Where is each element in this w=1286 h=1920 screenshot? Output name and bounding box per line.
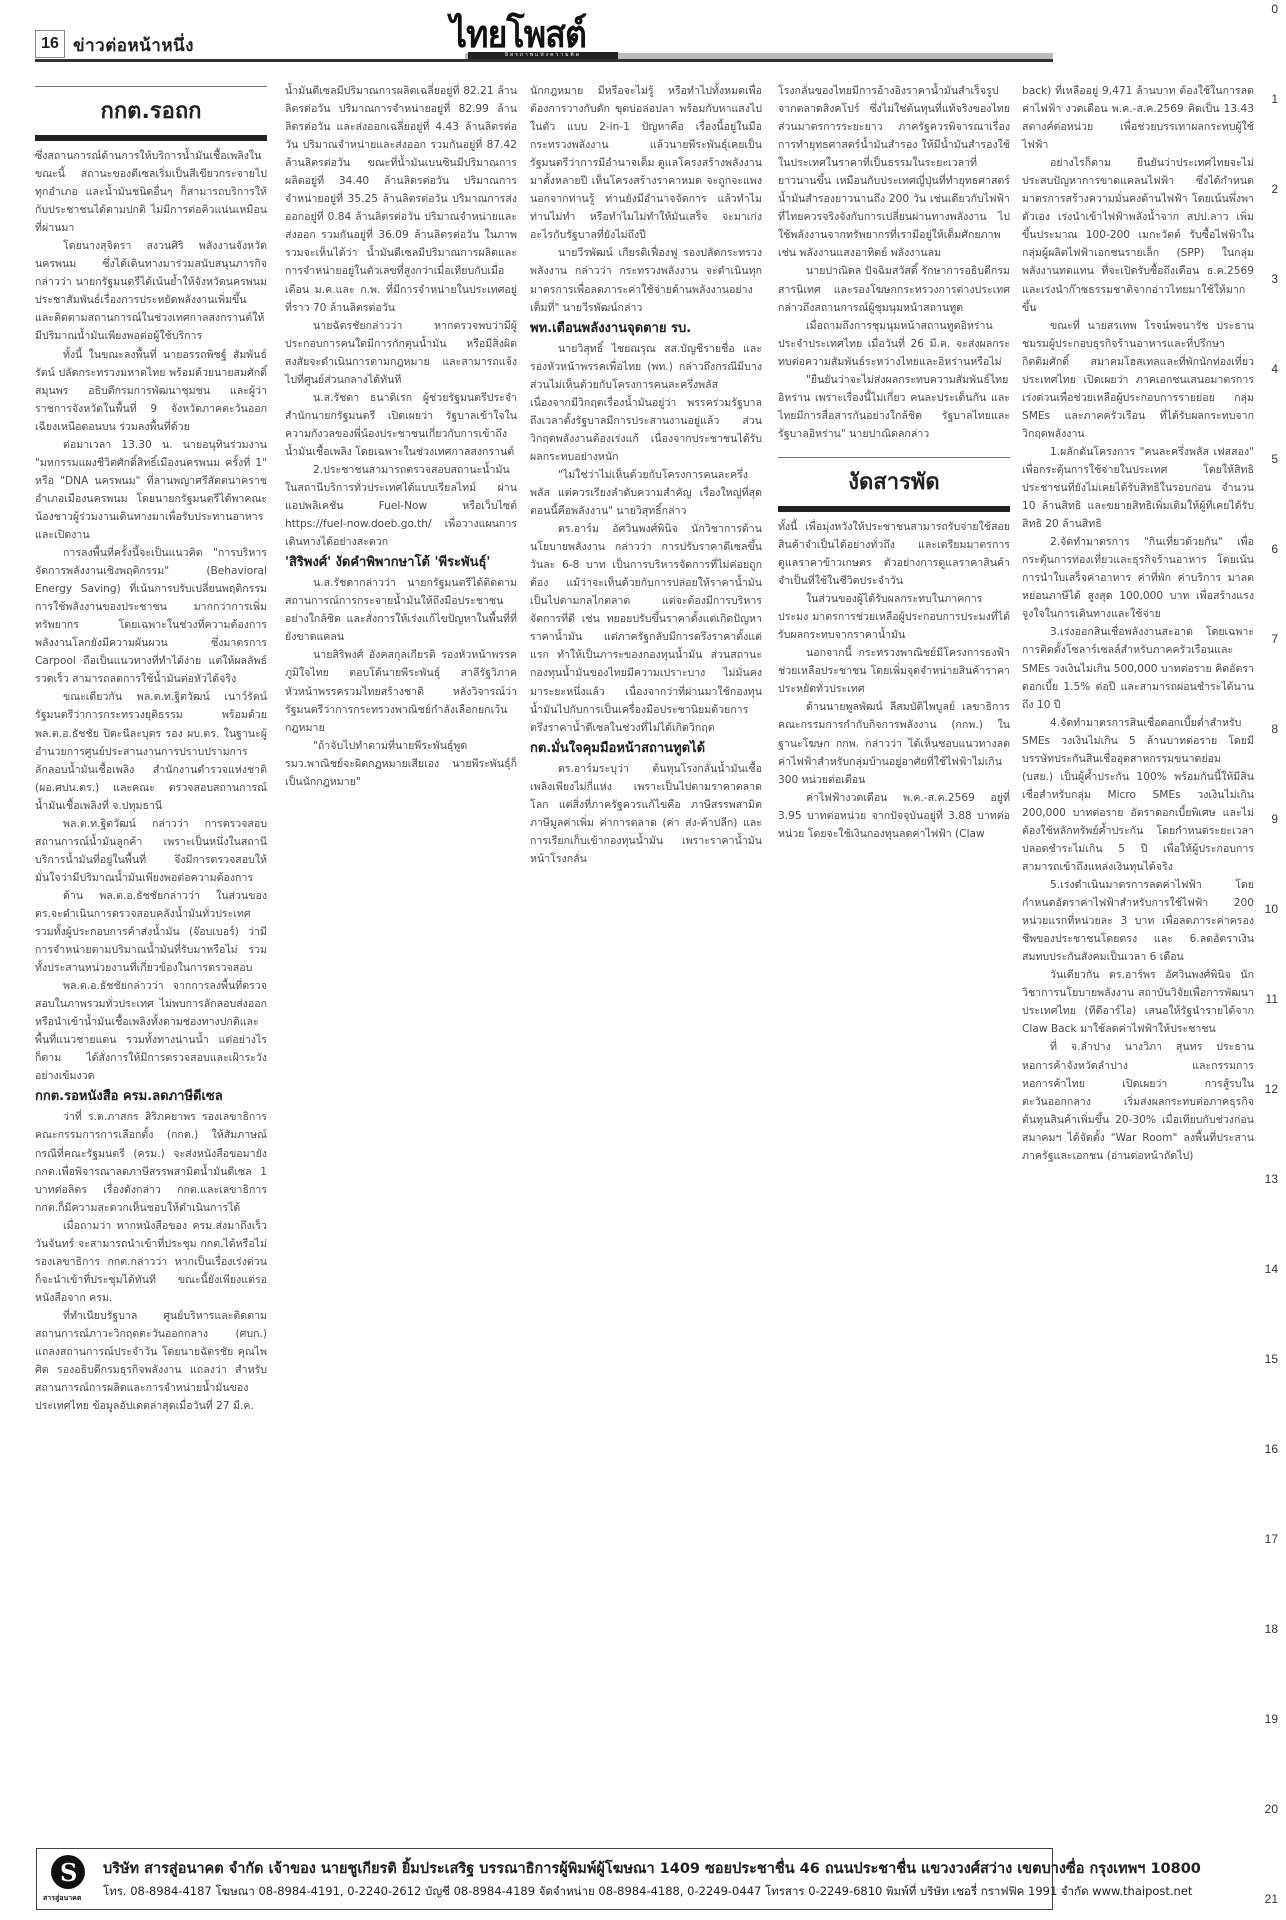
- paragraph: เมื่อถามว่า หากหนังสือของ ครม.ส่งมาถึงเร…: [35, 1217, 267, 1307]
- paragraph: ในส่วนของผู้ได้รับผลกระทบในภาคการประมง ม…: [778, 590, 1010, 644]
- heading-rule-top: [35, 86, 267, 87]
- ruler-mark: 19: [1265, 1712, 1278, 1726]
- ruler-mark: 18: [1265, 1622, 1278, 1636]
- publisher-logo-icon: S: [51, 1855, 85, 1889]
- paragraph: ซึ่งสถานการณ์ด้านการให้บริการน้ำมันเชื้อ…: [35, 147, 267, 237]
- paragraph: ค่าไฟฟ้างวดเดือน พ.ค.-ส.ค.2569 อยู่ที่ 3…: [778, 789, 1010, 843]
- ruler-mark: 12: [1265, 1082, 1278, 1096]
- ruler-mark: 3: [1271, 272, 1278, 286]
- imprint-line-2: โทร. 08-8984-4187 โฆษณา 08-8984-4191, 0-…: [103, 1883, 1192, 1901]
- logo-tagline: อิสรภาพแห่งความคิด: [468, 52, 618, 59]
- ruler-mark: 8: [1271, 722, 1278, 736]
- paragraph: น้ำมันดีเซลมีปริมาณการผลิตเฉลี่ยอยู่ที่ …: [285, 82, 517, 317]
- paragraph: นายวีรพัฒน์ เกียรติเฟื่องฟู รองปลัดกระทร…: [530, 244, 762, 316]
- ruler-mark: 7: [1271, 632, 1278, 646]
- paragraph: 1.ผลักดันโครงการ "คนละครึ่งพลัส เฟสสอง" …: [1022, 443, 1254, 533]
- thaipost-logo: ไทยโพสต์ อิสรภาพแห่งความคิด: [450, 18, 625, 60]
- ruler-mark: 2: [1271, 182, 1278, 196]
- paragraph: โรงกลั่นของไทยมีการอ้างอิงราคาน้ำมันสำเร…: [778, 82, 1010, 262]
- paragraph: เมื่อถามถึงการชุมนุมหน้าสถานทูตอิหร่านปร…: [778, 317, 1010, 371]
- article-title: กกต.รอถก: [35, 97, 267, 127]
- ruler-mark: 16: [1265, 1442, 1278, 1456]
- column-5: back) ที่เหลืออยู่ 9,471 ล้านบาท ต้องใช้…: [1022, 82, 1254, 1165]
- ruler-mark: 0: [1271, 2, 1278, 16]
- article-heading-block: งัดสารพัด: [778, 457, 1010, 512]
- paragraph: ทั้งนี้ เพื่อมุ่งหวังให้ประชาชนสามารถรับ…: [778, 518, 1010, 590]
- paragraph: น.ส.รัชดา ธนาดิเรก ผู้ช่วยรัฐมนตรีประจำส…: [285, 389, 517, 461]
- paragraph: ว่าที่ ร.ต.ภาสกร สิริภคยาพร รองเลขาธิการ…: [35, 1108, 267, 1216]
- paragraph: ที่ทำเนียบรัฐบาล ศูนย์บริหารและติดตามสถา…: [35, 1307, 267, 1415]
- ruler-mark: 1: [1271, 92, 1278, 106]
- paragraph: นายสิริพงศ์ อังคสกุลเกียรติ รองหัวหน้าพร…: [285, 646, 517, 736]
- article-title: งัดสารพัด: [778, 468, 1010, 498]
- subheading: พท.เตือนพลังงานจุดตาย รบ.: [530, 319, 762, 338]
- newspaper-page: 16 ข่าวต่อหน้าหนึ่ง ไทยโพสต์ อิสรภาพแห่ง…: [0, 0, 1286, 1920]
- ruler-mark: 20: [1265, 1802, 1278, 1816]
- paragraph: 5.เร่งดำเนินมาตรการลดค่าไฟฟ้า โดยกำหนดอั…: [1022, 876, 1254, 966]
- heading-rule-top: [778, 457, 1010, 458]
- ruler-mark: 15: [1265, 1352, 1278, 1366]
- section-title: ข่าวต่อหน้าหนึ่ง: [73, 32, 194, 59]
- page-number: 16: [35, 30, 65, 58]
- paragraph: 2.ประชาชนสามารถตรวจสอบสถานะน้ำมันในสถานี…: [285, 461, 517, 551]
- ruler-mark: 5: [1271, 452, 1278, 466]
- article-heading-block: กกต.รอถก: [35, 86, 267, 141]
- paragraph: นายวิสุทธิ์ ไชยณรุณ สส.บัญชีรายชื่อ และร…: [530, 340, 762, 466]
- paragraph: ด้าน พล.ต.อ.ธัชชัยกล่าวว่า ในส่วนของ ตร.…: [35, 887, 267, 977]
- paragraph: วันเดียวกัน ดร.อาร์พร อัศวินพงศ์พินิจ นั…: [1022, 966, 1254, 1038]
- ruler-mark: 17: [1265, 1532, 1278, 1546]
- paragraph: น.ส.รัชดากล่าวว่า นายกรัฐมนตรีได้ติดตามส…: [285, 574, 517, 646]
- paragraph: โดยนางสุจิตรา สงวนศิริ พลังงานจังหวัดนคร…: [35, 237, 267, 345]
- heading-rule-bottom: [778, 506, 1010, 512]
- ruler-mark: 14: [1265, 1262, 1278, 1276]
- paragraph: อย่างไรก็ตาม ยืนยันว่าประเทศไทยจะไม่ประส…: [1022, 154, 1254, 316]
- paragraph: ที่ จ.ลำปาง นางวิภา สุนทร ประธานหอการค้า…: [1022, 1038, 1254, 1164]
- paragraph: 2.จัดทำมาตรการ "กินเที่ยวด้วยกัน" เพื่อก…: [1022, 533, 1254, 623]
- paragraph: พล.ต.ท.ฐิตวัฒน์ กล่าวว่า การตรวจสอบสถานก…: [35, 815, 267, 887]
- paragraph: ด้านนายพูลพัฒน์ ลีสมบัติไพบูลย์ เลขาธิกา…: [778, 698, 1010, 788]
- ruler-mark: 6: [1271, 542, 1278, 556]
- paragraph: 4.จัดทำมาตรการสินเชื่อดอกเบี้ยต่ำสำหรับ …: [1022, 714, 1254, 876]
- paragraph: นักกฎหมาย มีหรือจะไม่รู้ หรือทำไปทั้งหมด…: [530, 82, 762, 244]
- logo-text: ไทยโพสต์: [450, 16, 625, 53]
- paragraph: ดร.อาร์มระบุว่า ต้นทุนโรงกลั่นน้ำมันเชื้…: [530, 760, 762, 868]
- paragraph: ดร.อาร์ม อัศวินพงศ์พินิจ นักวิชาการด้านน…: [530, 520, 762, 737]
- ruler-mark: 11: [1266, 992, 1278, 1006]
- paragraph: 3.เร่งออกสินเชื่อพลังงานสะอาด โดยเฉพาะกา…: [1022, 623, 1254, 713]
- ruler-mark: 21: [1265, 1892, 1278, 1906]
- ruler-mark: 9: [1271, 812, 1278, 826]
- paragraph: "ถ้าจับไปทำตามที่นายพีระพันธุ์พูด รมว.พา…: [285, 737, 517, 791]
- subheading: 'สิริพงศ์' งัดคำพิพากษาโต้ 'พีระพันธุ์': [285, 553, 517, 572]
- heading-rule-bottom: [35, 135, 267, 141]
- paragraph: นายฉัตรชัยกล่าวว่า หากตรวจพบว่ามีผู้ประก…: [285, 317, 517, 389]
- column-3: นักกฎหมาย มีหรือจะไม่รู้ หรือทำไปทั้งหมด…: [530, 82, 762, 868]
- paragraph: "ยืนยันว่าจะไม่ส่งผลกระทบความสัมพันธ์ไทย…: [778, 371, 1010, 443]
- ruler-mark: 13: [1265, 1172, 1278, 1186]
- column-1: กกต.รอถก ซึ่งสถานการณ์ด้านการให้บริการน้…: [35, 78, 267, 1415]
- subheading: กกต.รอหนังสือ ครม.ลดภาษีดีเซล: [35, 1087, 267, 1106]
- subheading: กต.มั่นใจคุมมือหน้าสถานทูตได้: [530, 739, 762, 758]
- imprint-line-1: บริษัท สารสู่อนาคต จำกัด เจ้าของ นายชูเก…: [103, 1857, 1201, 1880]
- ruler-mark: 10: [1265, 902, 1278, 916]
- column-2: น้ำมันดีเซลมีปริมาณการผลิตเฉลี่ยอยู่ที่ …: [285, 82, 517, 791]
- paragraph: การลงพื้นที่ครั้งนี้จะเป็นแนวคิด "การบริ…: [35, 544, 267, 688]
- paragraph: นายปาณิดล ปัจฉิมสวัสดิ์ รักษาการอธิบดีกร…: [778, 262, 1010, 316]
- ruler-mark: 4: [1271, 362, 1278, 376]
- paragraph: back) ที่เหลืออยู่ 9,471 ล้านบาท ต้องใช้…: [1022, 82, 1254, 154]
- page-header: 16 ข่าวต่อหน้าหนึ่ง ไทยโพสต์ อิสรภาพแห่ง…: [35, 18, 1053, 58]
- paragraph: "ไม่ใช่ว่าไม่เห็นด้วยกับโครงการคนละครึ่ง…: [530, 466, 762, 520]
- page-ruler: 0 1 2 3 4 5 6 7 8 9 10 11 12 13 14 15 16…: [1254, 0, 1278, 1920]
- paragraph: นอกจากนี้ กระทรวงพาณิชย์มีโครงการธงฟ้า ช…: [778, 644, 1010, 698]
- publisher-logo-caption: สารสู่อนาคต: [43, 1893, 81, 1904]
- logo-s-glyph: S: [60, 1858, 77, 1887]
- paragraph: พล.ต.อ.ธัชชัยกล่าวว่า จากการลงพื้นที่ตรว…: [35, 977, 267, 1085]
- paragraph: ทั้งนี้ ในขณะลงพื้นที่ นายอรรถพิชฐ์ สัมพ…: [35, 346, 267, 436]
- column-4: โรงกลั่นของไทยมีการอ้างอิงราคาน้ำมันสำเร…: [778, 82, 1010, 843]
- paragraph: ขณะที่ นายสรเทพ โรจน์พจนารัช ประธานชมรมผ…: [1022, 317, 1254, 443]
- paragraph: ต่อมาเวลา 13.30 น. นายอนุทินร่วมงาน "มหก…: [35, 436, 267, 544]
- paragraph: ขณะเดียวกัน พล.ต.ท.ฐิตวัฒน์ เนาว์รัตน์ ร…: [35, 688, 267, 814]
- publisher-imprint-box: S สารสู่อนาคต บริษัท สารสู่อนาคต จำกัด เ…: [36, 1848, 1053, 1910]
